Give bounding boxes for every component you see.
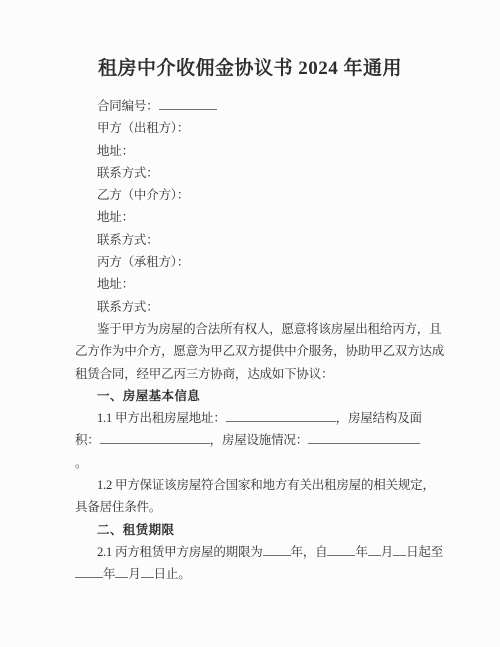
line-text: ，房屋设施情况： [210,433,308,447]
document-page: 租房中介收佣金协议书 2024 年通用 合同编号：甲方（出租方）：地址：联系方式… [0,0,500,647]
document-line: 合同编号： [75,95,460,117]
fill-in-blank [159,98,217,110]
line-text: 积： [75,433,100,447]
section-heading: 二、租赁期限 [75,519,460,541]
line-text: 甲方（出租方）： [97,121,189,135]
line-text: 2.1 丙方租赁甲方房屋的期限为 [97,545,263,559]
fill-in-blank [226,410,336,422]
fill-in-blank [368,544,381,556]
line-text: 地址： [97,277,134,291]
line-text: 地址： [97,144,134,158]
line-text: 丙方（承租方）： [97,255,189,269]
line-text: 年，自 [291,545,328,559]
line-text: 日止。 [154,567,191,581]
section-heading: 一、房屋基本信息 [75,385,460,407]
document-line: 2.1 丙方租赁甲方房屋的期限为年，自年月日起至 [75,541,460,563]
line-text: 联系方式： [97,166,159,180]
document-line: 。 [75,452,460,474]
line-text: 年 [355,545,367,559]
document-line: 积：，房屋设施情况： [75,429,460,451]
document-line: 联系方式： [75,296,460,318]
document-line: 乙方作为中介方，愿意为甲乙双方提供中介服务，协助甲乙双方达成 [75,340,460,362]
document-line: 联系方式： [75,162,460,184]
document-body: 合同编号：甲方（出租方）：地址：联系方式：乙方（中介方）：地址：联系方式：丙方（… [75,95,460,586]
document-line: 丙方（承租方）： [75,251,460,273]
line-text: 鉴于甲方为房屋的合法所有权人，愿意将该房屋出租给丙方，且 [97,322,441,336]
line-text: 1.1 甲方出租房屋地址： [97,411,226,425]
line-text: 日起至 [406,545,443,559]
document-line: 地址： [75,273,460,295]
line-text: 月 [381,545,393,559]
fill-in-blank [393,544,406,556]
document-line: 租赁合同，经甲乙丙三方协商，达成如下协议： [75,363,460,385]
line-text: ，房屋结构及面 [336,411,422,425]
document-line: 具备居住条件。 [75,496,460,518]
document-line: 鉴于甲方为房屋的合法所有权人，愿意将该房屋出租给丙方，且 [75,318,460,340]
document-line: 1.2 甲方保证该房屋符合国家和地方有关出租房屋的相关规定， [75,474,460,496]
fill-in-blank [263,544,291,556]
line-text: 地址： [97,210,134,224]
line-text: 乙方作为中介方，愿意为甲乙双方提供中介服务，协助甲乙双方达成 [75,344,444,358]
line-text: 联系方式： [97,300,159,314]
line-text: 年 [103,567,115,581]
document-line: 地址： [75,206,460,228]
document-line: 年月日止。 [75,563,460,585]
document-line: 地址： [75,140,460,162]
fill-in-blank [141,566,154,578]
line-text: 一、房屋基本信息 [97,389,200,403]
document-line: 1.1 甲方出租房屋地址：，房屋结构及面 [75,407,460,429]
line-text: 合同编号： [97,99,159,113]
document-line: 乙方（中介方）： [75,184,460,206]
fill-in-blank [327,544,355,556]
fill-in-blank [308,432,420,444]
line-text: 具备居住条件。 [75,500,161,514]
line-text: 1.2 甲方保证该房屋符合国家和地方有关出租房屋的相关规定， [97,478,435,492]
line-text: 二、租赁期限 [97,523,174,537]
fill-in-blank [115,566,128,578]
document-title: 租房中介收佣金协议书 2024 年通用 [0,56,500,82]
document-line: 联系方式： [75,229,460,251]
document-line: 甲方（出租方）： [75,117,460,139]
line-text: 联系方式： [97,233,159,247]
line-text: 。 [75,456,87,470]
line-text: 乙方（中介方）： [97,188,189,202]
fill-in-blank [75,566,103,578]
fill-in-blank [100,432,210,444]
line-text: 月 [128,567,140,581]
line-text: 租赁合同，经甲乙丙三方协商，达成如下协议： [75,367,333,381]
